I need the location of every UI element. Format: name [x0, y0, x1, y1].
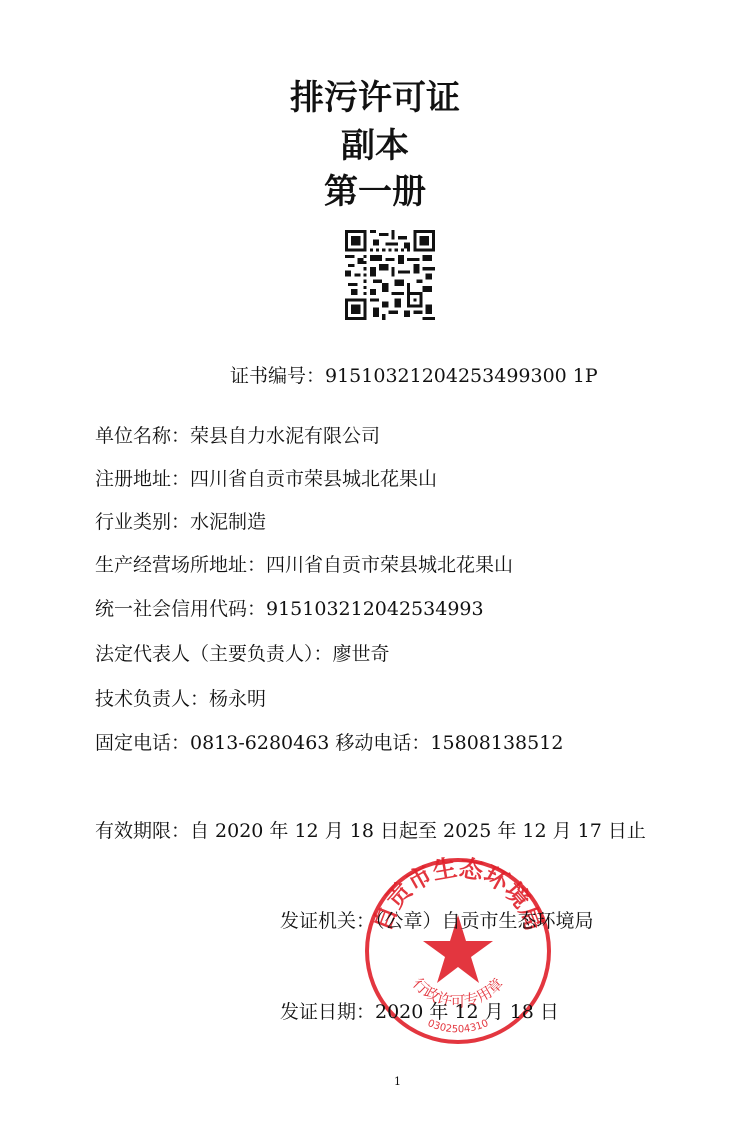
certificate-number: 证书编号：91510321204253499300 1P: [230, 364, 598, 388]
qr-code-icon: [345, 230, 435, 320]
technical-lead: 技术负责人：杨永明: [95, 687, 266, 711]
validity-period: 有效期限：自 2020 年 12 月 18 日起至 2025 年 12 月 17…: [95, 819, 646, 843]
operating-address: 生产经营场所地址：四川省自贡市荣县城北花果山: [95, 553, 513, 577]
legal-representative: 法定代表人（主要负责人）：廖世奇: [95, 642, 390, 666]
page-number: 1: [394, 1075, 401, 1088]
issuing-authority: 发证机关：（公章）自贡市生态环境局: [280, 909, 594, 933]
document-title-line3: 第一册: [0, 172, 750, 212]
credit-code: 统一社会信用代码：915103212042534993: [95, 597, 484, 621]
phone-numbers: 固定电话：0813-6280463 移动电话：15808138512: [95, 731, 563, 755]
unit-name: 单位名称：荣县自力水泥有限公司: [95, 424, 380, 448]
industry-category: 行业类别：水泥制造: [95, 510, 266, 534]
registered-address: 注册地址：四川省自贡市荣县城北花果山: [95, 467, 437, 491]
issue-date: 发证日期：2020 年 12 月 18 日: [280, 1000, 559, 1024]
document-title-line1: 排污许可证: [0, 78, 750, 118]
document-title-line2: 副本: [0, 126, 750, 166]
